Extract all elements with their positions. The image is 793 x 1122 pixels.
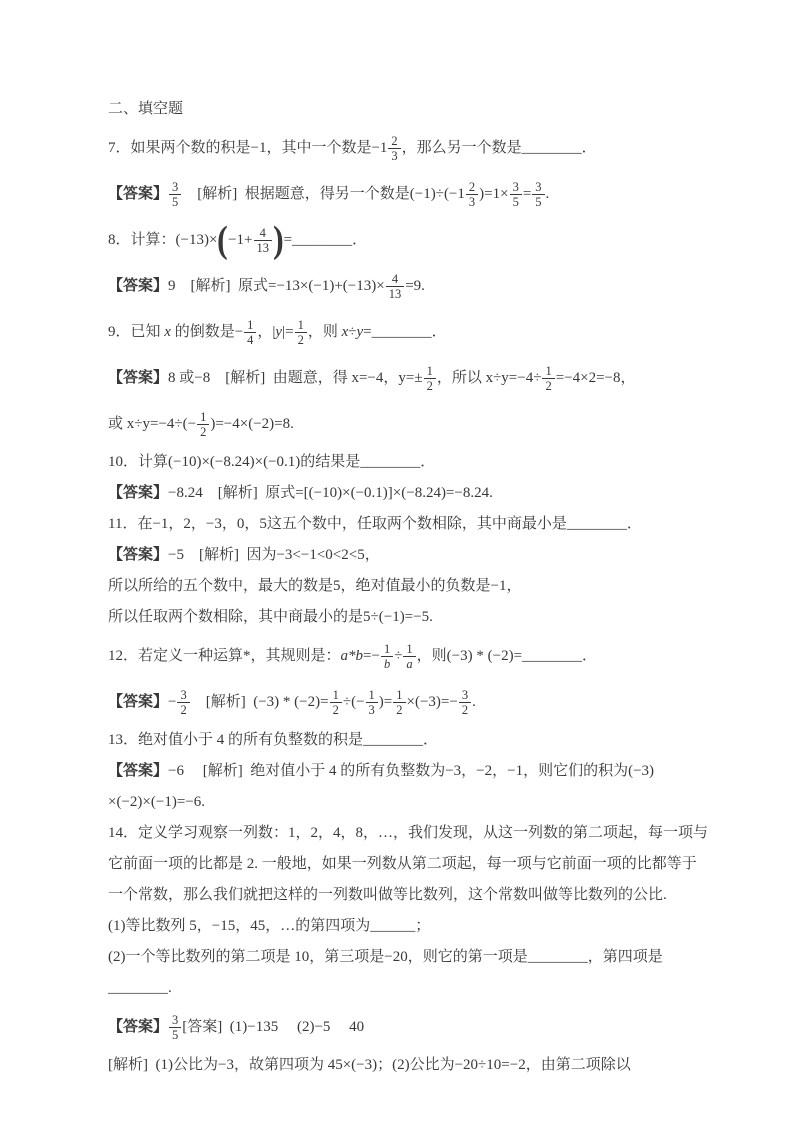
text-run: 一个常数，那么我们就把这样的一列数叫做等比数列，这个常数叫做等比数列的公比. [108,886,667,905]
q13-answer-line-2: ×(−2)×(−1)=−6. [108,787,693,818]
fraction: 13 [366,688,378,717]
fraction: 413 [254,226,273,255]
text-run: ，所以 x÷y=−4÷ [437,369,542,388]
q14-question-line-2: 它前面一项的比都是 2. 一般地，如果一列数从第二项起，每一项与它前面一项的比都… [108,849,693,880]
text-run: y [275,323,282,342]
text-run: 14．定义学习观察一列数：1，2，4，8，…，我们发现，从这一列数的第二项起，每… [108,824,708,843]
text-run: =− [363,647,380,666]
fraction-denominator: 2 [424,378,436,393]
fraction: 35 [510,180,522,209]
text-run: 二、填空题 [108,100,183,119]
text-run: 它前面一项的比都是 2. 一般地，如果一列数从第二项起，每一项与它前面一项的比都… [108,855,697,874]
fraction: 12 [393,688,405,717]
text-run: ×(−3)=− [407,693,458,712]
q8-question: 8．计算：(−13)×(−1+413)=________． [108,217,693,263]
q14-question-line-1: 14．定义学习观察一列数：1，2，4，8，…，我们发现，从这一列数的第二项起，每… [108,818,693,849]
q14-part-2-line-1: (2)一个等比数列的第二项是 10，第三项是−20，则它的第一项是_______… [108,942,693,973]
text-run: 8．计算：(−13)× [108,231,217,250]
fraction-numerator: 1 [244,318,256,332]
fraction-denominator: 2 [330,702,342,717]
answer-marker: 【答案】 [108,369,168,388]
fraction: 35 [532,180,544,209]
text-run: =________． [284,231,367,250]
fraction-denominator: 5 [169,1027,181,1042]
text-run: ×(−2)×(−1)=−6. [108,793,205,812]
text-run: ，则 [308,323,342,342]
fraction: 1b [381,642,393,671]
answer-marker: 【答案】 [108,277,168,296]
text-run: [解析] (−3) * (−2)= [191,693,329,712]
q14-part-1: (1)等比数列 5，−15，45，…的第四项为______； [108,911,693,942]
answer-marker: 【答案】 [108,546,168,565]
fraction-numerator: 2 [466,180,478,194]
fraction-numerator: 3 [532,180,544,194]
text-run: 或 x÷y=−4÷(− [108,415,196,434]
fraction-denominator: 3 [366,702,378,717]
fraction-numerator: 1 [393,688,405,702]
q9-answer-line-1: 【答案】8 或−8 [解析] 由题意，得 x=−4，y=±12，所以 x÷y=−… [108,355,693,401]
text-run: )=1× [479,185,508,204]
answer-marker: 【答案】 [108,185,168,204]
text-run: )= [379,693,392,712]
fraction: 32 [177,688,189,717]
q10-answer: 【答案】−8.24 [解析] 原式=[(−10)×(−0.1)]×(−8.24)… [108,478,693,509]
document-body: 二、填空题7．如果两个数的积是−1，其中一个数是−123，那么另一个数是____… [108,94,693,1081]
text-run: [解析] (1)公比为−3，故第四项为 45×(−3)；(2)公比为−20÷10… [108,1056,631,1075]
fraction-denominator: 2 [197,424,209,439]
text-run: ÷ [394,647,402,666]
fraction: 14 [244,318,256,347]
fraction-numerator: 2 [388,134,400,148]
q13-answer-line-1: 【答案】−6 [解析] 绝对值小于 4 的所有负整数为−3，−2，−1，则它们的… [108,756,693,787]
fraction-numerator: 3 [169,1013,181,1027]
q9-question: 9．已知 x 的倒数是−14，|y|=12，则 x÷y=________． [108,309,693,355]
text-run: 8 或−8 [解析] 由题意，得 x=−4，y=± [168,369,423,388]
fraction-denominator: 2 [177,702,189,717]
fraction-numerator: 1 [330,688,342,702]
text-run: . [546,185,550,204]
fraction: 1a [403,642,415,671]
fraction: 12 [424,364,436,393]
fraction: 12 [197,410,209,439]
text-run: ，| [257,323,275,342]
text-run: 所以所给的五个数中，最大的数是5，绝对值最小的负数是−1， [108,577,521,596]
fraction-denominator: 13 [254,240,273,255]
q13-question: 13．绝对值小于 4 的所有负整数的积是________． [108,725,693,756]
text-run: 13．绝对值小于 4 的所有负整数的积是________． [108,731,438,750]
big-right-paren: ) [273,222,284,258]
text-run: (2)一个等比数列的第二项是 10，第三项是−20，则它的第一项是_______… [108,948,663,967]
answer-marker: 【答案】 [108,1018,168,1037]
q7-question: 7．如果两个数的积是−1，其中一个数是−123，那么另一个数是________． [108,125,693,171]
q11-answer-line-1: 【答案】−5 [解析] 因为−3<−1<0<2<5， [108,540,693,571]
fraction-numerator: 3 [510,180,522,194]
q14-answer: 【答案】35[答案] (1)−135 (2)−5 40 [108,1004,693,1050]
q8-answer: 【答案】9 [解析] 原式=−13×(−1)+(−13)×413=9. [108,263,693,309]
fraction-denominator: a [403,656,415,671]
text-run: ________. [108,979,172,998]
q12-question: 12．若定义一种运算*，其规则是：a*b=−1b÷1a，则(−3) * (−2)… [108,633,693,679]
section-heading: 二、填空题 [108,94,693,125]
text-run: =−4×2=−8， [556,369,636,388]
fraction: 413 [386,272,405,301]
q14-question-line-3: 一个常数，那么我们就把这样的一列数叫做等比数列，这个常数叫做等比数列的公比. [108,880,693,911]
text-run: |= [282,323,293,342]
q14-part-2-line-2: ________. [108,973,693,1004]
text-run: [答案] (1)−135 (2)−5 40 [182,1018,364,1037]
big-left-paren: ( [217,222,228,258]
fraction: 32 [459,688,471,717]
fraction: 35 [169,180,181,209]
fraction-denominator: 13 [386,286,405,301]
text-run: −1+ [228,231,252,250]
fraction-numerator: 3 [177,688,189,702]
fraction-numerator: 4 [257,226,269,240]
text-run: . [472,693,476,712]
text-run: 11．在−1，2，−3，0，5这五个数中，任取两个数相除，其中商最小是_____… [108,515,642,534]
fraction-denominator: 5 [169,194,181,209]
fraction-denominator: 3 [388,148,400,163]
text-run: ，那么另一个数是________． [402,139,597,158]
fraction-numerator: 3 [459,688,471,702]
answer-marker: 【答案】 [108,762,168,781]
fraction-denominator: 2 [542,378,554,393]
text-run: y [356,323,363,342]
text-run: − [168,693,176,712]
q12-answer: 【答案】−32 [解析] (−3) * (−2)=12÷(−13)=12×(−3… [108,679,693,725]
fraction-denominator: 2 [459,702,471,717]
fraction: 23 [466,180,478,209]
text-run: ，则(−3) * (−2)=________． [417,647,597,666]
q7-answer: 【答案】35 [解析] 根据题意，得另一个数是(−1)÷(−123)=1×35=… [108,171,693,217]
fraction: 12 [330,688,342,717]
text-run: 的倒数是− [171,323,243,342]
fraction-numerator: 4 [389,272,401,286]
text-run: 所以任取两个数相除，其中商最小的是5÷(−1)=−5. [108,608,433,627]
text-run: −8.24 [解析] 原式=[(−10)×(−0.1)]×(−8.24)=−8.… [168,484,493,503]
fraction-denominator: 2 [393,702,405,717]
text-run: 7．如果两个数的积是−1，其中一个数是−1 [108,139,387,158]
q11-answer-line-3: 所以任取两个数相除，其中商最小的是5÷(−1)=−5. [108,602,693,633]
fraction-denominator: 2 [295,332,307,347]
text-run: x [342,323,349,342]
fraction-numerator: 1 [366,688,378,702]
text-run: −6 [解析] 绝对值小于 4 的所有负整数为−3，−2，−1，则它们的积为(−… [168,762,654,781]
fraction-denominator: b [381,656,393,671]
fraction-numerator: 3 [169,180,181,194]
page: 二、填空题7．如果两个数的积是−1，其中一个数是−123，那么另一个数是____… [0,0,793,1122]
fraction: 35 [169,1013,181,1042]
fraction: 12 [542,364,554,393]
fraction-numerator: 1 [424,364,436,378]
text-run: 10．计算(−10)×(−8.24)×(−0.1)的结果是________． [108,453,435,472]
text-run: [解析] 根据题意，得另一个数是(−1)÷(−1 [182,185,465,204]
text-run: 9．已知 [108,323,164,342]
text-run: 12．若定义一种运算*，其规则是： [108,647,341,666]
fraction-numerator: 1 [197,410,209,424]
answer-marker: 【答案】 [108,484,168,503]
q11-answer-line-2: 所以所给的五个数中，最大的数是5，绝对值最小的负数是−1， [108,571,693,602]
answer-marker: 【答案】 [108,693,168,712]
text-run: =________． [363,323,446,342]
text-run: (1)等比数列 5，−15，45，…的第四项为______； [108,917,430,936]
q14-analysis: [解析] (1)公比为−3，故第四项为 45×(−3)；(2)公比为−20÷10… [108,1050,693,1081]
fraction-denominator: 4 [244,332,256,347]
q10-question: 10．计算(−10)×(−8.24)×(−0.1)的结果是________． [108,447,693,478]
fraction-denominator: 5 [532,194,544,209]
text-run: a*b [341,647,364,666]
fraction-denominator: 5 [510,194,522,209]
fraction-denominator: 3 [466,194,478,209]
fraction-numerator: 1 [381,642,393,656]
text-run: =9. [405,277,425,296]
text-run: x [164,323,171,342]
text-run: 9 [解析] 原式=−13×(−1)+(−13)× [168,277,385,296]
fraction: 12 [295,318,307,347]
q11-question: 11．在−1，2，−3，0，5这五个数中，任取两个数相除，其中商最小是_____… [108,509,693,540]
fraction-numerator: 1 [403,642,415,656]
text-run: = [523,185,531,204]
fraction: 23 [388,134,400,163]
text-run: −5 [解析] 因为−3<−1<0<2<5， [168,546,380,565]
text-run: )=−4×(−2)=8. [210,415,294,434]
text-run: ÷(− [343,693,365,712]
fraction-numerator: 1 [295,318,307,332]
q9-answer-line-2: 或 x÷y=−4÷(−12)=−4×(−2)=8. [108,401,693,447]
fraction-numerator: 1 [542,364,554,378]
